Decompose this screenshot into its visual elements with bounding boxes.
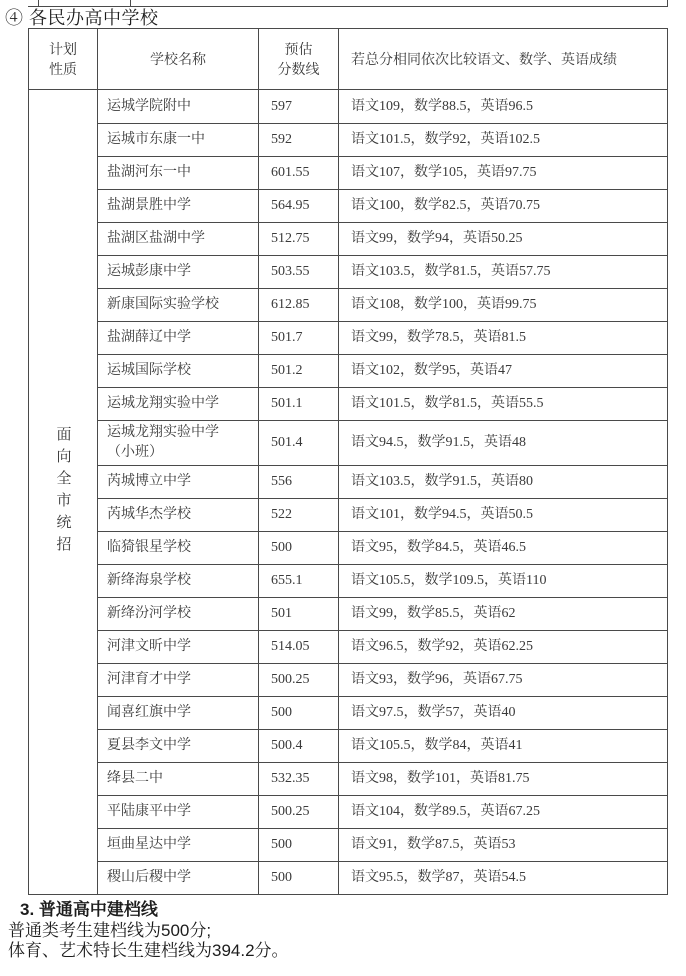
header-school-name: 学校名称 xyxy=(98,29,259,89)
table-border-tick xyxy=(667,0,668,6)
school-name-cell: 盐湖区盐湖中学 xyxy=(98,223,259,255)
tiebreak-scores-cell: 语文95.5，数学87，英语54.5 xyxy=(339,862,667,894)
document-page: ④ 各民办高中学校 计划 性质 学校名称 预估 分数线 若总分相同依次比较语文、… xyxy=(0,0,686,960)
school-name-cell: 夏县李文中学 xyxy=(98,730,259,762)
table-row: 临猗银星学校 500 语文95，数学84.5，英语46.5 xyxy=(98,531,667,564)
tiebreak-scores-cell: 语文105.5，数学84，英语41 xyxy=(339,730,667,762)
table-header-row: 计划 性质 学校名称 预估 分数线 若总分相同依次比较语文、数学、英语成绩 xyxy=(29,29,667,90)
estimated-score-cell: 514.05 xyxy=(259,631,339,663)
tiebreak-scores-cell: 语文91，数学87.5，英语53 xyxy=(339,829,667,861)
estimated-score-cell: 501.1 xyxy=(259,388,339,420)
school-name-cell: 临猗银星学校 xyxy=(98,532,259,564)
tiebreak-scores-cell: 语文101，数学94.5，英语50.5 xyxy=(339,499,667,531)
tiebreak-scores-cell: 语文100，数学82.5，英语70.75 xyxy=(339,190,667,222)
school-name-cell: 盐湖景胜中学 xyxy=(98,190,259,222)
tiebreak-scores-cell: 语文103.5，数学91.5，英语80 xyxy=(339,466,667,498)
tiebreak-scores-cell: 语文104，数学89.5，英语67.25 xyxy=(339,796,667,828)
estimated-score-cell: 532.35 xyxy=(259,763,339,795)
tiebreak-scores-cell: 语文105.5，数学109.5，英语110 xyxy=(339,565,667,597)
estimated-score-cell: 503.55 xyxy=(259,256,339,288)
school-name-cell: 河津文昕中学 xyxy=(98,631,259,663)
header-estimated-score-line: 预估 分数线 xyxy=(259,29,339,89)
note-line-special: 体育、艺术特长生建档线为394.2分。 xyxy=(8,941,686,960)
tiebreak-scores-cell: 语文109，数学88.5，英语96.5 xyxy=(339,90,667,123)
archive-line-note-section: 3. 普通高中建档线 普通类考生建档线为500分; 体育、艺术特长生建档线为39… xyxy=(8,900,686,960)
section-title: ④ 各民办高中学校 xyxy=(5,8,686,28)
school-name-cell: 河津育才中学 xyxy=(98,664,259,696)
school-name-cell: 运城国际学校 xyxy=(98,355,259,387)
table-row: 运城国际学校 501.2 语文102，数学95，英语47 xyxy=(98,354,667,387)
school-name-cell: 运城彭康中学 xyxy=(98,256,259,288)
estimated-score-cell: 500.25 xyxy=(259,664,339,696)
private-high-school-score-table: 计划 性质 学校名称 预估 分数线 若总分相同依次比较语文、数学、英语成绩 面向… xyxy=(28,28,668,895)
table-row: 闻喜红旗中学 500 语文97.5，数学57，英语40 xyxy=(98,696,667,729)
table-row: 绛县二中 532.35 语文98，数学101，英语81.75 xyxy=(98,762,667,795)
estimated-score-cell: 500 xyxy=(259,697,339,729)
tiebreak-scores-cell: 语文97.5，数学57，英语40 xyxy=(339,697,667,729)
table-rows: 运城学院附中 597 语文109，数学88.5，英语96.5 运城市东康一中 5… xyxy=(98,90,667,894)
table-row: 河津文昕中学 514.05 语文96.5，数学92，英语62.25 xyxy=(98,630,667,663)
school-name-cell: 闻喜红旗中学 xyxy=(98,697,259,729)
school-name-cell: 新绛海泉学校 xyxy=(98,565,259,597)
estimated-score-cell: 500 xyxy=(259,829,339,861)
tiebreak-scores-cell: 语文108，数学100，英语99.75 xyxy=(339,289,667,321)
table-row: 芮城华杰学校 522 语文101，数学94.5，英语50.5 xyxy=(98,498,667,531)
estimated-score-cell: 501.4 xyxy=(259,421,339,465)
table-row: 夏县李文中学 500.4 语文105.5，数学84，英语41 xyxy=(98,729,667,762)
table-border-tick xyxy=(38,0,39,6)
header-plan-type: 计划 性质 xyxy=(29,29,98,89)
note-heading: 3. 普通高中建档线 xyxy=(20,900,686,920)
table-row: 河津育才中学 500.25 语文93，数学96，英语67.75 xyxy=(98,663,667,696)
estimated-score-cell: 601.55 xyxy=(259,157,339,189)
table-row: 新绛海泉学校 655.1 语文105.5，数学109.5，英语110 xyxy=(98,564,667,597)
estimated-score-cell: 512.75 xyxy=(259,223,339,255)
plan-type-merged-cell: 面向全市统招 xyxy=(29,90,98,894)
tiebreak-scores-cell: 语文101.5，数学81.5，英语55.5 xyxy=(339,388,667,420)
tiebreak-scores-cell: 语文103.5，数学81.5，英语57.75 xyxy=(339,256,667,288)
table-row: 垣曲星达中学 500 语文91，数学87.5，英语53 xyxy=(98,828,667,861)
table-row: 运城龙翔实验中学 （小班） 501.4 语文94.5，数学91.5，英语48 xyxy=(98,420,667,465)
school-name-cell: 盐湖薛辽中学 xyxy=(98,322,259,354)
estimated-score-cell: 564.95 xyxy=(259,190,339,222)
school-name-cell: 绛县二中 xyxy=(98,763,259,795)
estimated-score-cell: 655.1 xyxy=(259,565,339,597)
school-name-cell: 新绛汾河学校 xyxy=(98,598,259,630)
school-name-cell: 平陆康平中学 xyxy=(98,796,259,828)
tiebreak-scores-cell: 语文93，数学96，英语67.75 xyxy=(339,664,667,696)
estimated-score-cell: 500.25 xyxy=(259,796,339,828)
table-row: 盐湖河东一中 601.55 语文107，数学105，英语97.75 xyxy=(98,156,667,189)
table-body: 面向全市统招 运城学院附中 597 语文109，数学88.5，英语96.5 运城… xyxy=(29,90,667,894)
table-row: 新康国际实验学校 612.85 语文108，数学100，英语99.75 xyxy=(98,288,667,321)
table-row: 运城学院附中 597 语文109，数学88.5，英语96.5 xyxy=(98,90,667,123)
table-row: 运城市东康一中 592 语文101.5，数学92，英语102.5 xyxy=(98,123,667,156)
tiebreak-scores-cell: 语文95，数学84.5，英语46.5 xyxy=(339,532,667,564)
estimated-score-cell: 500 xyxy=(259,532,339,564)
estimated-score-cell: 556 xyxy=(259,466,339,498)
tiebreak-scores-cell: 语文99，数学78.5，英语81.5 xyxy=(339,322,667,354)
school-name-cell: 垣曲星达中学 xyxy=(98,829,259,861)
school-name-cell: 稷山后稷中学 xyxy=(98,862,259,894)
estimated-score-cell: 597 xyxy=(259,90,339,123)
table-row: 芮城博立中学 556 语文103.5，数学91.5，英语80 xyxy=(98,465,667,498)
table-row: 平陆康平中学 500.25 语文104，数学89.5，英语67.25 xyxy=(98,795,667,828)
header-tiebreak-rule: 若总分相同依次比较语文、数学、英语成绩 xyxy=(339,29,667,89)
estimated-score-cell: 501.7 xyxy=(259,322,339,354)
school-name-cell: 运城市东康一中 xyxy=(98,124,259,156)
tiebreak-scores-cell: 语文102，数学95，英语47 xyxy=(339,355,667,387)
estimated-score-cell: 501 xyxy=(259,598,339,630)
tiebreak-scores-cell: 语文99，数学85.5，英语62 xyxy=(339,598,667,630)
estimated-score-cell: 592 xyxy=(259,124,339,156)
table-row: 盐湖薛辽中学 501.7 语文99，数学78.5，英语81.5 xyxy=(98,321,667,354)
note-line-general: 普通类考生建档线为500分; xyxy=(8,921,686,940)
estimated-score-cell: 522 xyxy=(259,499,339,531)
tiebreak-scores-cell: 语文94.5，数学91.5，英语48 xyxy=(339,421,667,465)
school-name-cell: 运城学院附中 xyxy=(98,90,259,123)
estimated-score-cell: 500.4 xyxy=(259,730,339,762)
previous-table-bottom-edge xyxy=(28,0,668,7)
estimated-score-cell: 501.2 xyxy=(259,355,339,387)
plan-type-vertical-label: 面向全市统招 xyxy=(53,426,74,558)
tiebreak-scores-cell: 语文101.5，数学92，英语102.5 xyxy=(339,124,667,156)
school-name-cell: 芮城华杰学校 xyxy=(98,499,259,531)
school-name-cell: 盐湖河东一中 xyxy=(98,157,259,189)
tiebreak-scores-cell: 语文98，数学101，英语81.75 xyxy=(339,763,667,795)
school-name-cell: 芮城博立中学 xyxy=(98,466,259,498)
table-row: 稷山后稷中学 500 语文95.5，数学87，英语54.5 xyxy=(98,861,667,894)
school-name-cell: 新康国际实验学校 xyxy=(98,289,259,321)
school-name-cell: 运城龙翔实验中学 （小班） xyxy=(98,421,259,465)
table-row: 运城龙翔实验中学 501.1 语文101.5，数学81.5，英语55.5 xyxy=(98,387,667,420)
tiebreak-scores-cell: 语文99，数学94，英语50.25 xyxy=(339,223,667,255)
table-row: 运城彭康中学 503.55 语文103.5，数学81.5，英语57.75 xyxy=(98,255,667,288)
table-border-tick xyxy=(130,0,131,6)
table-row: 新绛汾河学校 501 语文99，数学85.5，英语62 xyxy=(98,597,667,630)
table-row: 盐湖区盐湖中学 512.75 语文99，数学94，英语50.25 xyxy=(98,222,667,255)
school-name-cell: 运城龙翔实验中学 xyxy=(98,388,259,420)
estimated-score-cell: 500 xyxy=(259,862,339,894)
tiebreak-scores-cell: 语文96.5，数学92，英语62.25 xyxy=(339,631,667,663)
tiebreak-scores-cell: 语文107，数学105，英语97.75 xyxy=(339,157,667,189)
table-row: 盐湖景胜中学 564.95 语文100，数学82.5，英语70.75 xyxy=(98,189,667,222)
estimated-score-cell: 612.85 xyxy=(259,289,339,321)
